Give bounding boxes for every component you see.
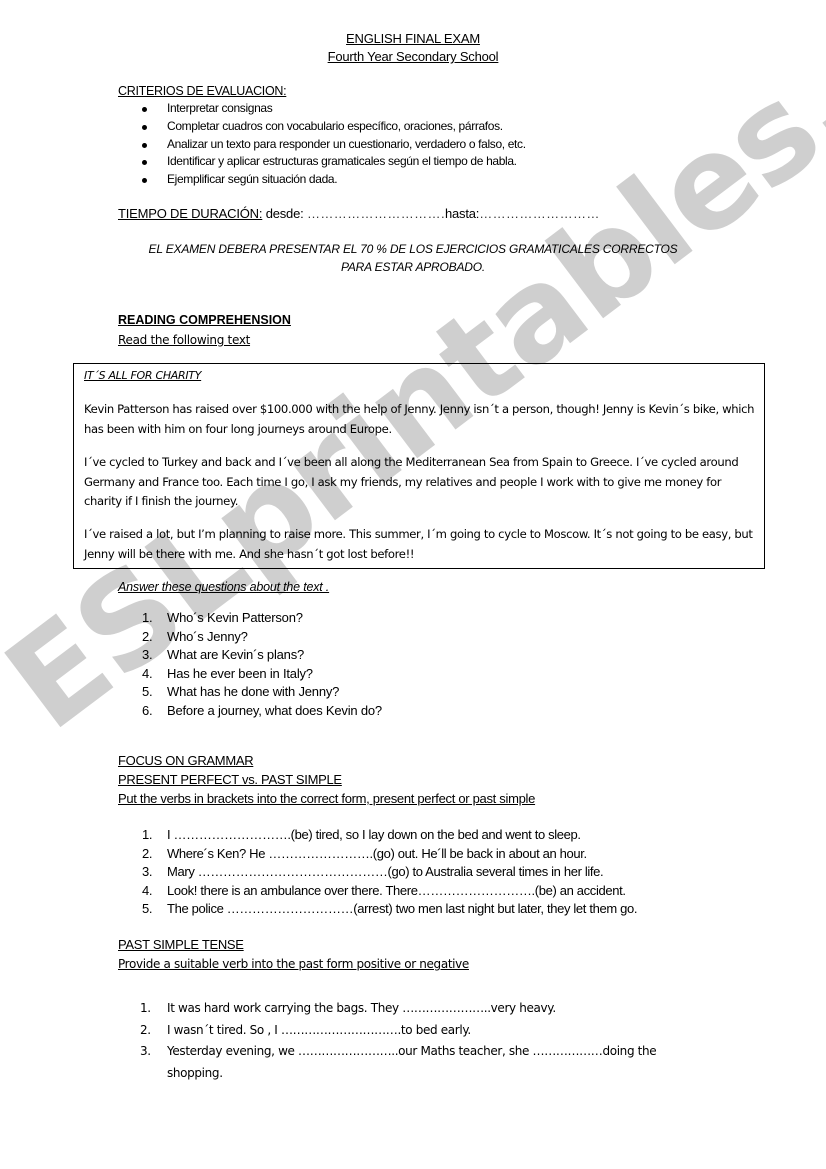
past-simple-item[interactable]: 3.Yesterday evening, we ……………………..our Ma…	[140, 1041, 707, 1084]
past-simple-exercise-list: 1.It was hard work carrying the bags. Th…	[140, 998, 707, 1084]
question-text: What has he done with Jenny?	[167, 684, 339, 699]
question-item: 3.What are Kevin´s plans?	[142, 646, 382, 665]
reading-paragraph: Kevin Patterson has raised over $100.000…	[84, 400, 756, 439]
exam-page: ESLprintables.com ENGLISH FINAL EXAM Fou…	[0, 0, 826, 1169]
duration-to-blank[interactable]: ………………………	[479, 206, 600, 221]
exam-title: ENGLISH FINAL EXAM	[0, 31, 826, 46]
grammar-item[interactable]: 1.I ……………………….(be) tired, so I lay down …	[142, 826, 637, 845]
question-item: 4.Has he ever been in Italy?	[142, 665, 382, 684]
exam-subtitle: Fourth Year Secondary School	[0, 49, 826, 64]
grammar-item[interactable]: 5.The police …………………………(arrest) two men …	[142, 900, 637, 919]
question-number: 1.	[142, 609, 167, 628]
item-number: 3.	[142, 863, 167, 882]
criteria-item: Ejemplificar según situación dada.	[118, 171, 526, 189]
grammar-heading: FOCUS ON GRAMMAR	[118, 753, 253, 768]
question-item: 6.Before a journey, what does Kevin do?	[142, 702, 382, 721]
item-number: 4.	[142, 882, 167, 901]
question-text: Has he ever been in Italy?	[167, 666, 313, 681]
grammar-item[interactable]: 4.Look! there is an ambulance over there…	[142, 882, 637, 901]
grammar-subheading: PRESENT PERFECT vs. PAST SIMPLE	[118, 772, 342, 787]
question-text: Who´s Jenny?	[167, 629, 248, 644]
past-simple-item[interactable]: 1.It was hard work carrying the bags. Th…	[140, 998, 707, 1020]
reading-paragraph: I´ve raised a lot, but I’m planning to r…	[84, 525, 756, 564]
item-text: The police …………………………(arrest) two men la…	[167, 901, 637, 916]
past-simple-item[interactable]: 2.I wasn´t tired. So , I ………………………….to b…	[140, 1020, 707, 1042]
grammar-exercise-list: 1.I ……………………….(be) tired, so I lay down …	[142, 826, 637, 919]
question-number: 5.	[142, 683, 167, 702]
question-text: What are Kevin´s plans?	[167, 647, 304, 662]
item-text: It was hard work carrying the bags. They…	[167, 1001, 556, 1015]
question-number: 6.	[142, 702, 167, 721]
duration-from-label: desde:	[266, 206, 304, 221]
item-number: 2.	[140, 1020, 151, 1042]
criteria-heading: CRITERIOS DE EVALUACION:	[118, 84, 286, 98]
item-text: Look! there is an ambulance over there. …	[167, 883, 626, 898]
criteria-item: Completar cuadros con vocabulario especí…	[118, 118, 526, 136]
reading-paragraph: I´ve cycled to Turkey and back and I´ve …	[84, 453, 756, 512]
question-text: Before a journey, what does Kevin do?	[167, 703, 382, 718]
item-number: 1.	[140, 998, 151, 1020]
questions-heading: Answer these questions about the text .	[118, 580, 329, 594]
reading-text-title: IT´S ALL FOR CHARITY	[84, 369, 201, 382]
criteria-list: Interpretar consignas Completar cuadros …	[118, 100, 526, 189]
item-text: I wasn´t tired. So , I ………………………….to bed…	[167, 1023, 471, 1037]
question-number: 2.	[142, 628, 167, 647]
item-number: 3.	[140, 1041, 151, 1063]
criteria-item: Interpretar consignas	[118, 100, 526, 118]
item-text: I ……………………….(be) tired, so I lay down on…	[167, 827, 581, 842]
question-item: 5.What has he done with Jenny?	[142, 683, 382, 702]
pass-notice-line-1: EL EXAMEN DEBERA PRESENTAR EL 70 % DE LO…	[0, 240, 826, 258]
question-number: 3.	[142, 646, 167, 665]
item-text: Where´s Ken? He …………………….(go) out. He´ll…	[167, 846, 587, 861]
question-number: 4.	[142, 665, 167, 684]
criteria-item: Identificar y aplicar estructuras gramat…	[118, 153, 526, 171]
past-simple-instruction: Provide a suitable verb into the past fo…	[118, 957, 469, 971]
question-item: 2.Who´s Jenny?	[142, 628, 382, 647]
criteria-item: Analizar un texto para responder un cues…	[118, 136, 526, 154]
pass-notice-line-2: PARA ESTAR APROBADO.	[0, 258, 826, 276]
grammar-instruction: Put the verbs in brackets into the corre…	[118, 791, 535, 806]
grammar-item[interactable]: 3.Mary ………………………………………(go) to Australia …	[142, 863, 637, 882]
reading-heading: READING COMPREHENSION	[118, 313, 291, 327]
past-simple-heading: PAST SIMPLE TENSE	[118, 937, 244, 952]
questions-list: 1.Who´s Kevin Patterson? 2.Who´s Jenny? …	[142, 609, 382, 720]
item-number: 1.	[142, 826, 167, 845]
question-item: 1.Who´s Kevin Patterson?	[142, 609, 382, 628]
item-number: 5.	[142, 900, 167, 919]
item-text: Mary ………………………………………(go) to Australia se…	[167, 864, 603, 879]
question-text: Who´s Kevin Patterson?	[167, 610, 303, 625]
grammar-item[interactable]: 2.Where´s Ken? He …………………….(go) out. He´…	[142, 845, 637, 864]
reading-text-box: IT´S ALL FOR CHARITY Kevin Patterson has…	[73, 363, 765, 569]
duration-from-blank[interactable]: ………………………….	[307, 206, 445, 221]
duration-line: TIEMPO DE DURACIÓN: desde: ………………………….ha…	[118, 206, 600, 221]
duration-to-label: hasta:	[445, 206, 479, 221]
item-text: Yesterday evening, we ……………………..our Math…	[167, 1044, 656, 1080]
duration-label: TIEMPO DE DURACIÓN:	[118, 206, 262, 221]
item-number: 2.	[142, 845, 167, 864]
reading-instruction: Read the following text	[118, 333, 250, 347]
